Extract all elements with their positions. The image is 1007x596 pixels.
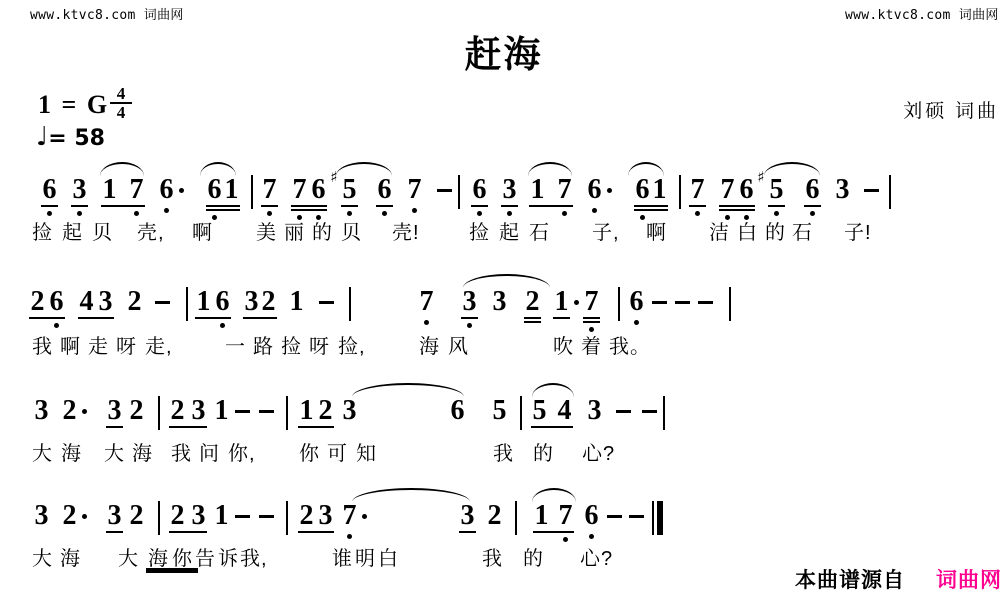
note-digit: 6: [634, 177, 651, 203]
duration-dash: [629, 515, 644, 518]
time-signature-numerator: 4: [110, 86, 132, 101]
beam-line: [291, 209, 327, 211]
page-title: 赶海: [0, 24, 1007, 78]
note-digit: 2: [298, 503, 315, 529]
beam-line: [106, 426, 123, 428]
lyric-char: 起: [62, 216, 83, 245]
augmentation-dot: [82, 514, 87, 519]
barline: [349, 287, 351, 321]
duration-dash: [259, 515, 274, 518]
note-digit: 6: [628, 289, 645, 315]
duration-dash: [235, 410, 250, 413]
barline: [251, 175, 253, 209]
lyric-char: 风: [448, 330, 469, 359]
note-digit: 2: [524, 289, 541, 315]
octave-dot: [589, 534, 594, 539]
lyric-char: 洁: [709, 216, 730, 245]
final-barline-thick: [657, 501, 663, 535]
note-digit: 1: [533, 503, 550, 529]
augmentation-dot: [362, 514, 367, 519]
note-digit: 1: [213, 398, 230, 424]
barline: [729, 287, 731, 321]
note-digit: 2: [317, 398, 334, 424]
note-digit: 1: [195, 289, 212, 315]
watermark-left: www.ktvc8.com 词曲网: [30, 4, 184, 23]
lyric-char: 啊: [60, 330, 81, 359]
note-digit: 3: [97, 289, 114, 315]
octave-dot: [382, 211, 387, 216]
note-digit: 2: [128, 503, 145, 529]
note-digit: 1: [298, 398, 315, 424]
footer-source-text: 本曲谱源自: [795, 564, 905, 594]
note-digit: 7: [341, 503, 358, 529]
beam-line: [553, 317, 570, 319]
time-signature-denominator: 4: [110, 105, 132, 120]
note-digit: 2: [169, 503, 186, 529]
beam-line: [719, 209, 755, 211]
beam-line: [634, 209, 668, 211]
barline: [286, 501, 288, 535]
beam-line: [529, 205, 573, 207]
note-digit: 1: [529, 177, 546, 203]
beam-line: [71, 205, 88, 207]
note-digit: 3: [106, 503, 123, 529]
beam-line: [804, 205, 821, 207]
beam-line: [298, 426, 334, 428]
final-barline-thin: [652, 501, 654, 535]
lyric-char: 白: [378, 542, 399, 571]
tie-arc: [528, 162, 572, 176]
note-digit: 6: [41, 177, 58, 203]
note-digit: 2: [260, 289, 277, 315]
note-digit: 5: [531, 398, 548, 424]
beam-line: [531, 426, 573, 428]
note-digit: 7: [719, 177, 736, 203]
lyric-char: 走,: [145, 330, 173, 359]
lyric-char: 我,: [240, 542, 268, 571]
barline: [186, 287, 188, 321]
beam-line: [719, 205, 755, 207]
lyric-emphasis-underline: [146, 568, 198, 573]
beam-line: [243, 317, 277, 319]
note-digit: 3: [243, 289, 260, 315]
note-digit: 3: [33, 398, 50, 424]
note-digit: 3: [190, 503, 207, 529]
octave-dot: [424, 320, 429, 325]
lyric-char: 美: [256, 216, 277, 245]
barline: [618, 287, 620, 321]
beam-line: [768, 205, 785, 207]
augmentation-dot: [82, 409, 87, 414]
octave-dot: [164, 208, 169, 213]
augmentation-dot: [574, 300, 579, 305]
lyric-char: 我: [493, 437, 514, 466]
lyric-char: 我。: [609, 330, 651, 359]
beam-line: [106, 531, 123, 533]
tie-arc: [532, 488, 576, 502]
tie-arc: [463, 274, 550, 288]
note-digit: 4: [556, 398, 573, 424]
beam-line: [41, 205, 58, 207]
octave-dot: [54, 323, 59, 328]
beam-line: [689, 205, 706, 207]
lyric-char: 白: [737, 216, 758, 245]
lyric-char: 可: [327, 437, 348, 466]
lyric-char: 心?: [582, 437, 615, 466]
octave-dot: [640, 215, 645, 220]
lyric-char: 壳!: [392, 216, 420, 245]
note-digit: 3: [71, 177, 88, 203]
beam-line: [583, 321, 600, 323]
lyric-char: 走: [88, 330, 109, 359]
quarter-note-icon: ♩: [36, 122, 48, 152]
barline: [679, 175, 681, 209]
barline: [286, 396, 288, 430]
lyric-char: 子!: [844, 216, 872, 245]
lyric-char: 海: [132, 437, 153, 466]
note-digit: 6: [738, 177, 755, 203]
beam-line: [634, 205, 668, 207]
duration-dash: [437, 189, 452, 192]
beam-line: [206, 205, 240, 207]
beam-line: [298, 531, 334, 533]
note-digit: 3: [106, 398, 123, 424]
note-digit: 2: [126, 289, 143, 315]
lyric-char: 石: [529, 216, 550, 245]
lyric-char: 一: [225, 330, 246, 359]
note-digit: 3: [491, 289, 508, 315]
note-digit: 3: [317, 503, 334, 529]
duration-dash: [319, 301, 334, 304]
octave-dot: [695, 211, 700, 216]
note-digit: 1: [213, 503, 230, 529]
note-digit: 6: [583, 503, 600, 529]
note-digit: 2: [486, 503, 503, 529]
duration-dash: [675, 301, 690, 304]
lyric-char: 大: [32, 437, 53, 466]
tie-arc: [764, 162, 820, 176]
beam-line: [501, 205, 518, 207]
time-signature: 4 4: [110, 86, 132, 120]
beam-line: [583, 317, 600, 319]
lyric-char: 捡: [469, 216, 490, 245]
note-digit: 6: [804, 177, 821, 203]
note-digit: 1: [553, 289, 570, 315]
octave-dot: [634, 320, 639, 325]
barline: [520, 396, 522, 430]
lyric-char: 捡: [281, 330, 302, 359]
duration-dash: [698, 301, 713, 304]
lyric-char: 啊: [646, 216, 667, 245]
beam-line: [29, 317, 65, 319]
note-digit: 3: [501, 177, 518, 203]
lyric-char: 明: [355, 542, 376, 571]
octave-dot: [592, 208, 597, 213]
barline: [663, 396, 665, 430]
lyric-char: 海: [419, 330, 440, 359]
lyric-char: 海: [60, 542, 81, 571]
tie-arc: [200, 162, 236, 176]
lyric-char: 谁: [332, 542, 353, 571]
lyric-char: 壳,: [137, 216, 165, 245]
note-digit: 1: [651, 177, 668, 203]
note-digit: 3: [834, 177, 851, 203]
lyric-char: 子,: [592, 216, 620, 245]
lyric-char: 诉: [218, 542, 239, 571]
note-digit: 6: [214, 289, 231, 315]
augmentation-dot: [607, 188, 612, 193]
beam-line: [261, 205, 278, 207]
note-digit: 6: [376, 177, 393, 203]
lyric-char: 大: [104, 437, 125, 466]
augmentation-dot: [179, 188, 184, 193]
lyric-char: 我: [32, 330, 53, 359]
beam-line: [169, 531, 207, 533]
lyric-char: 捡,: [338, 330, 366, 359]
note-digit: 7: [261, 177, 278, 203]
tie-arc: [352, 383, 464, 397]
tie-arc: [336, 162, 392, 176]
key-signature: 1 = G: [38, 90, 109, 120]
lyric-char: 大: [118, 542, 139, 571]
note-digit: 1: [101, 177, 118, 203]
note-digit: 7: [291, 177, 308, 203]
note-digit: 1: [223, 177, 240, 203]
octave-dot: [467, 323, 472, 328]
duration-dash: [642, 410, 657, 413]
lyric-char: 告: [195, 542, 216, 571]
lyric-char: 海: [61, 437, 82, 466]
note-digit: 3: [459, 503, 476, 529]
note-digit: 5: [768, 177, 785, 203]
lyric-char: 着: [581, 330, 602, 359]
note-digit: 5: [341, 177, 358, 203]
lyric-char: 的: [312, 216, 333, 245]
beam-line: [461, 317, 478, 319]
tie-arc: [352, 488, 470, 502]
note-digit: 6: [48, 289, 65, 315]
lyric-char: 路: [253, 330, 274, 359]
note-digit: 2: [61, 503, 78, 529]
note-digit: 7: [406, 177, 423, 203]
note-digit: 7: [583, 289, 600, 315]
lyric-char: 吹: [553, 330, 574, 359]
note-digit: 7: [557, 503, 574, 529]
composer-credit: 刘硕 词曲: [903, 96, 999, 123]
lyric-char: 心?: [580, 542, 613, 571]
lyric-char: 捡: [32, 216, 53, 245]
lyric-char: 的: [533, 437, 554, 466]
lyric-char: 你: [172, 542, 193, 571]
beam-line: [471, 205, 488, 207]
octave-dot: [220, 323, 225, 328]
note-digit: 6: [449, 398, 466, 424]
octave-dot: [412, 208, 417, 213]
lyric-char: 丽: [284, 216, 305, 245]
lyric-char: 你: [299, 437, 320, 466]
barline: [158, 396, 160, 430]
note-digit: 7: [556, 177, 573, 203]
barline: [458, 175, 460, 209]
lyric-char: 你,: [228, 437, 256, 466]
lyric-char: 我: [171, 437, 192, 466]
note-digit: 5: [491, 398, 508, 424]
beam-line: [533, 531, 574, 533]
lyric-char: 的: [765, 216, 786, 245]
lyric-char: 的: [523, 542, 544, 571]
lyric-char: 啊: [192, 216, 213, 245]
beam-line: [291, 205, 327, 207]
lyric-char: 贝: [341, 216, 362, 245]
beam-line: [524, 317, 541, 319]
note-digit: 3: [33, 503, 50, 529]
beam-line: [195, 317, 231, 319]
octave-dot: [563, 537, 568, 542]
barline: [158, 501, 160, 535]
lyric-char: 贝: [92, 216, 113, 245]
footer-brand-link[interactable]: 词曲网: [936, 564, 1002, 594]
beam-line: [78, 317, 114, 319]
tie-arc: [532, 383, 574, 397]
tempo-value: = 58: [48, 126, 105, 151]
tie-arc: [628, 162, 664, 176]
lyric-char: 呀: [116, 330, 137, 359]
note-digit: 6: [158, 177, 175, 203]
note-digit: 6: [586, 177, 603, 203]
note-digit: 2: [29, 289, 46, 315]
beam-line: [169, 426, 207, 428]
tempo-marking: ♩= 58: [36, 122, 105, 152]
lyric-char: 海: [148, 542, 169, 571]
duration-dash: [616, 410, 631, 413]
note-digit: 7: [418, 289, 435, 315]
note-digit: 6: [206, 177, 223, 203]
note-digit: 7: [128, 177, 145, 203]
barline: [515, 501, 517, 535]
note-digit: 6: [310, 177, 327, 203]
watermark-right: www.ktvc8.com 词曲网: [845, 4, 999, 23]
duration-dash: [235, 515, 250, 518]
note-digit: 4: [78, 289, 95, 315]
beam-line: [524, 321, 541, 323]
duration-dash: [155, 301, 170, 304]
note-digit: 2: [128, 398, 145, 424]
note-digit: 7: [689, 177, 706, 203]
duration-dash: [652, 301, 667, 304]
note-digit: 1: [288, 289, 305, 315]
sheet-music-page: www.ktvc8.com 词曲网 www.ktvc8.com 词曲网 赶海 1…: [0, 0, 1007, 596]
lyric-char: 大: [32, 542, 53, 571]
lyric-char: 起: [499, 216, 520, 245]
tie-arc: [100, 162, 144, 176]
octave-dot: [347, 534, 352, 539]
lyric-char: 我: [482, 542, 503, 571]
beam-line: [376, 205, 393, 207]
barline: [889, 175, 891, 209]
beam-line: [101, 205, 145, 207]
beam-line: [206, 209, 240, 211]
note-digit: 3: [190, 398, 207, 424]
lyric-char: 问: [199, 437, 220, 466]
lyric-char: 呀: [309, 330, 330, 359]
note-digit: 2: [61, 398, 78, 424]
duration-dash: [607, 515, 622, 518]
note-digit: 6: [471, 177, 488, 203]
note-digit: 3: [341, 398, 358, 424]
note-digit: 3: [586, 398, 603, 424]
lyric-char: 知: [356, 437, 377, 466]
note-digit: 3: [461, 289, 478, 315]
note-digit: 2: [169, 398, 186, 424]
lyric-char: 石: [792, 216, 813, 245]
beam-line: [341, 205, 358, 207]
beam-line: [459, 531, 476, 533]
duration-dash: [864, 189, 879, 192]
duration-dash: [259, 410, 274, 413]
octave-dot: [562, 211, 567, 216]
